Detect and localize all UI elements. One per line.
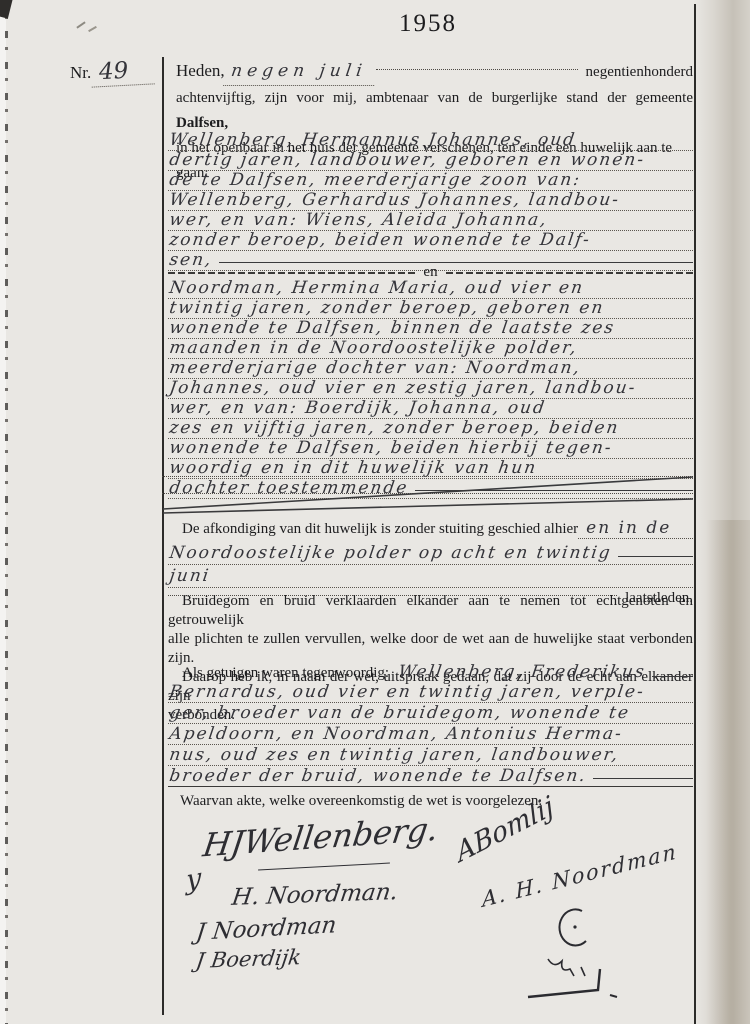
act-number: Nr. 49 bbox=[70, 58, 155, 86]
paraph-flourish bbox=[520, 897, 620, 1007]
crossout-strokes bbox=[160, 460, 695, 522]
afkondiging-printed: De afkondiging van dit huwelijk is zonde… bbox=[168, 521, 578, 538]
hw-line: wer, en van: Boerdijk, Johanna, oud bbox=[168, 399, 693, 419]
witnesses-details-block: Bernardus, oud vier en twintig jaren, ve… bbox=[168, 682, 693, 787]
hw-line: dertig jaren, landbouwer, geboren en won… bbox=[168, 151, 693, 171]
pencil-mark bbox=[88, 26, 97, 32]
dash-line bbox=[446, 272, 693, 274]
hw-line: Wellenberg, Hermannus Johannes, oud bbox=[168, 131, 693, 151]
hw-line: Noordoostelijke polder op acht en twinti… bbox=[168, 542, 693, 565]
gemeente-name: Dalfsen, bbox=[176, 115, 228, 131]
intro-line2-text: achtenvijftig, zijn voor mij, ambtenaar … bbox=[176, 90, 693, 106]
hw-line: broeder der bruid, wonende te Dalfsen. bbox=[168, 766, 693, 787]
torn-binding-edge bbox=[5, 0, 8, 1024]
hw-line: ger, broeder van de bruidegom, wonende t… bbox=[168, 703, 693, 724]
wedding-date-handwritten: negen juli bbox=[223, 59, 378, 86]
corner-ink-mark bbox=[0, 0, 14, 19]
hw-line: Bernardus, oud vier en twintig jaren, ve… bbox=[168, 682, 693, 703]
hw-line: twintig jaren, zonder beroep, geboren en bbox=[168, 299, 693, 319]
hw-line: wer, en van: Wiens, Aleida Johanna, bbox=[168, 211, 693, 231]
solid-fill-line bbox=[593, 766, 693, 779]
solid-fill-line bbox=[652, 676, 693, 677]
signature-father-bride: J Noordman bbox=[194, 912, 337, 946]
dash-line bbox=[168, 272, 415, 274]
intro-line-2: achtenvijftig, zijn voor mij, ambtenaar … bbox=[176, 86, 693, 136]
signature-underline bbox=[258, 863, 390, 871]
witnesses-intro-row: Als getuigen waren tegenwoordig: Wellenb… bbox=[168, 662, 693, 684]
afkondiging-line-1: De afkondiging van dit huwelijk is zonde… bbox=[168, 518, 693, 542]
vows-line: Bruidegom en bruid verklaarden elkander … bbox=[168, 592, 693, 630]
pencil-mark bbox=[76, 21, 85, 28]
witnesses-label: Als getuigen waren tegenwoordig: bbox=[168, 665, 389, 682]
signature-groom: HJWellenberg. bbox=[201, 810, 441, 865]
section-divider-line bbox=[168, 786, 693, 787]
hw-line: juni bbox=[168, 565, 693, 588]
hw-line: Apeldoorn, en Noordman, Antonius Herma- bbox=[168, 724, 693, 745]
intro-line1-end: negentienhonderd bbox=[578, 60, 693, 85]
hw-line: de te Dalfsen, meerderjarige zoon van: bbox=[168, 171, 693, 191]
hw-line: Noordman, Hermina Maria, oud vier en bbox=[168, 279, 693, 299]
signature-bride: H. Noordman. bbox=[230, 879, 399, 911]
dotted-fill-line bbox=[376, 69, 578, 70]
hw-line: Wellenberg, Gerhardus Johannes, landbou- bbox=[168, 191, 693, 211]
hw-line: zes en vijftig jaren, zonder beroep, bei… bbox=[168, 419, 693, 439]
signature-mother-bride: J Boerdijk bbox=[194, 945, 302, 973]
intro-line-1: Heden, negen juli negentienhonderd bbox=[176, 58, 693, 86]
witness-name-handwritten: Wellenberg, Frederikus bbox=[389, 662, 647, 682]
heden-label: Heden, bbox=[176, 58, 225, 83]
solid-fill-line bbox=[618, 542, 693, 557]
hw-line: nus, oud zes en twintig jaren, landbouwe… bbox=[168, 745, 693, 766]
hw-line: wonende te Dalfsen, binnen de laatste ze… bbox=[168, 319, 693, 339]
solid-fill-line bbox=[219, 251, 693, 263]
closing-statement: Waarvan akte, welke overeenkomstig de we… bbox=[180, 793, 685, 810]
hw-line: maanden in de Noordoostelijke polder, bbox=[168, 339, 693, 359]
afkondiging-hw-inline: en in de bbox=[586, 518, 671, 538]
groom-details-block: Wellenberg, Hermannus Johannes, oud dert… bbox=[168, 131, 693, 271]
nr-value-handwritten: 49 bbox=[91, 56, 156, 87]
marriage-certificate-scan: 1958 Nr. 49 Heden, negen juli negentienh… bbox=[0, 0, 750, 1024]
signature-initial-mark: y bbox=[186, 862, 201, 896]
left-vertical-rule bbox=[162, 57, 164, 1015]
page-right-shadow-lower bbox=[706, 520, 750, 1024]
hw-line: wonende te Dalfsen, beiden hierbij tegen… bbox=[168, 439, 693, 459]
year-heading: 1958 bbox=[162, 10, 694, 38]
nr-label: Nr. bbox=[70, 63, 91, 83]
hw-line: meerderjarige dochter van: Noordman, bbox=[168, 359, 693, 379]
hw-line: zonder beroep, beiden wonende te Dalf- bbox=[168, 231, 693, 251]
hw-line: Johannes, oud vier en zestig jaren, land… bbox=[168, 379, 693, 399]
